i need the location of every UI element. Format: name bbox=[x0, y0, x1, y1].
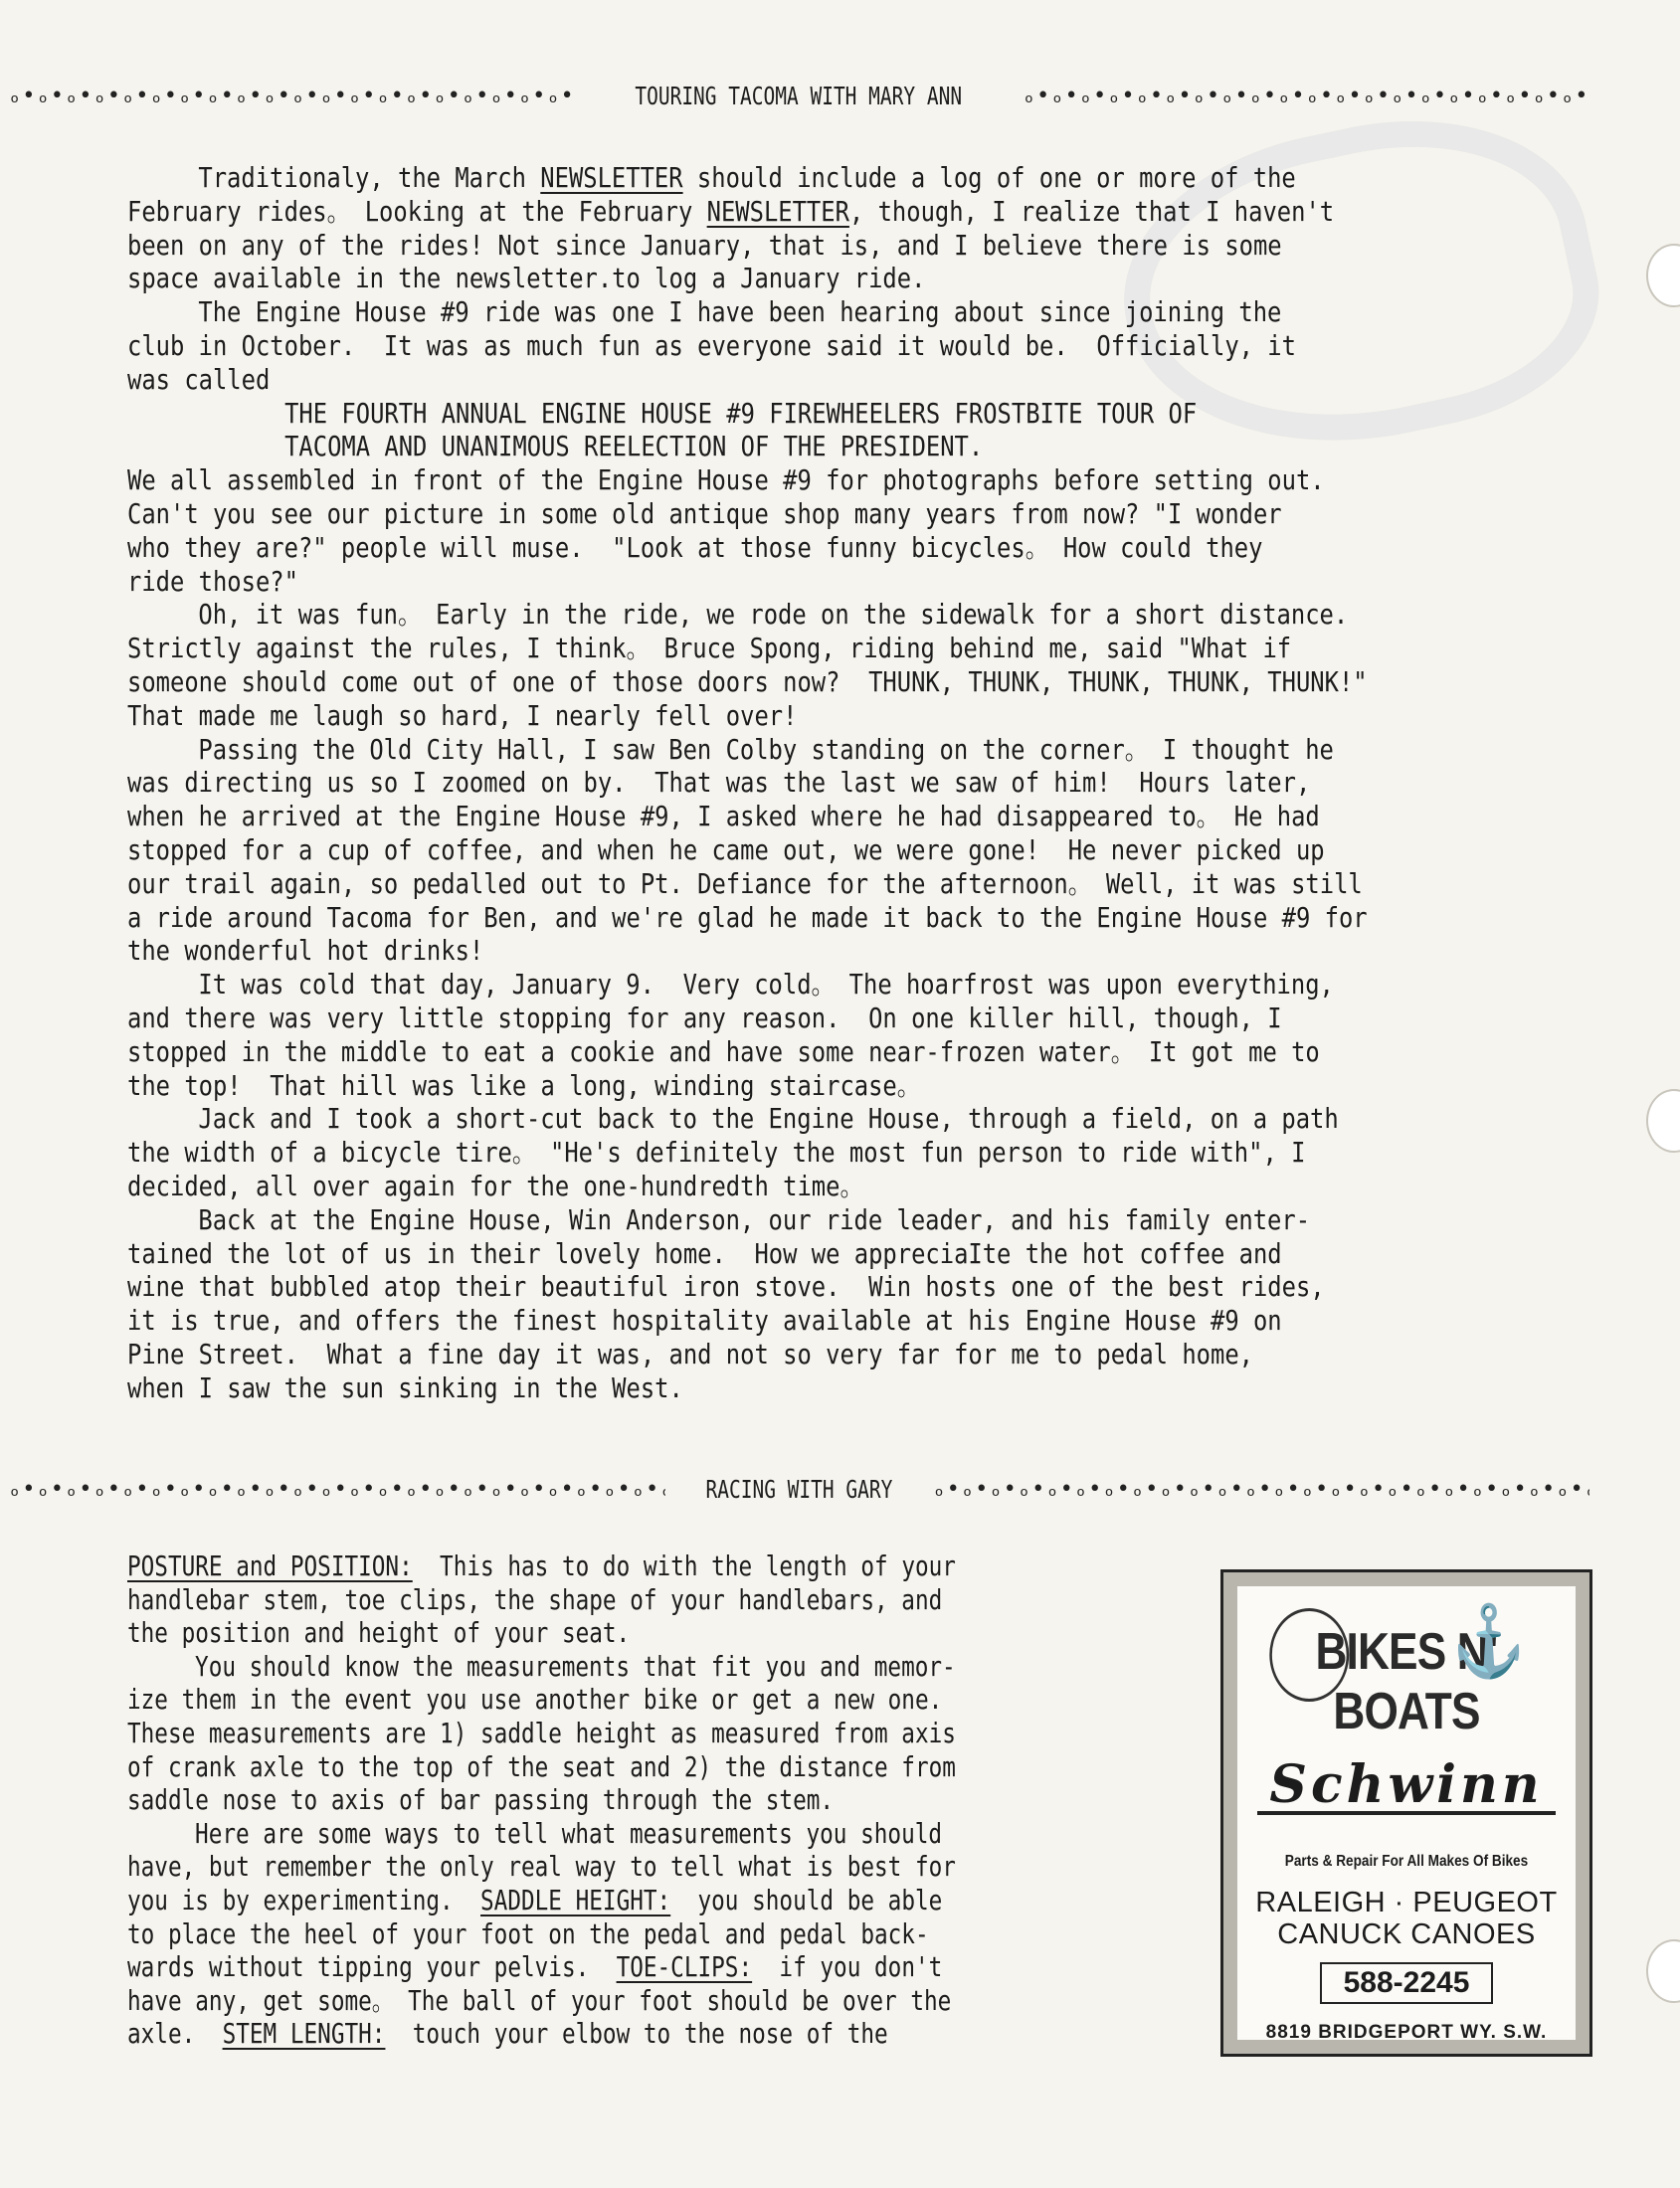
text-line: the position and height of your seat. bbox=[127, 1616, 1182, 1650]
paragraph: It was cold that day, January 9. Very co… bbox=[127, 968, 1599, 1102]
paragraph: Oh, it was fun。 Early in the ride, we ro… bbox=[127, 598, 1599, 732]
text-run: was directing us so I zoomed on by. That… bbox=[127, 766, 1310, 799]
text-run: who they are?" people will muse. "Look a… bbox=[127, 531, 1262, 564]
section-heading: TOURING TACOMA WITH MARY ANN bbox=[625, 82, 974, 110]
text-line: That made me laugh so hard, I nearly fel… bbox=[127, 699, 1599, 733]
ad-canoes-line: CANUCK CANOES bbox=[1223, 1918, 1589, 1950]
text-run: Here are some ways to tell what measurem… bbox=[195, 1817, 942, 1850]
text-line: Strictly against the rules, I think。 Bru… bbox=[127, 632, 1599, 665]
text-run: These measurements are 1) saddle height … bbox=[127, 1717, 956, 1749]
text-run: tained the lot of us in their lovely hom… bbox=[127, 1237, 1282, 1270]
text-line: Oh, it was fun。 Early in the ride, we ro… bbox=[127, 598, 1599, 632]
text-run: club in October. It was as much fun as e… bbox=[127, 329, 1296, 362]
text-run: the width of a bicycle tire。 "He's defin… bbox=[127, 1136, 1305, 1169]
punch-hole bbox=[1646, 244, 1680, 307]
text-run: the wonderful hot drinks! bbox=[127, 934, 483, 967]
text-run: wards without tipping your pelvis. bbox=[127, 1950, 617, 1983]
paragraph: We all assembled in front of the Engine … bbox=[127, 463, 1599, 598]
text-line: Can't you see our picture in some old an… bbox=[127, 497, 1599, 531]
text-line: You should know the measurements that fi… bbox=[127, 1650, 1182, 1684]
text-line: you is by experimenting. SADDLE HEIGHT: … bbox=[127, 1884, 1182, 1917]
text-line: February rides。 Looking at the February … bbox=[127, 195, 1599, 229]
advertisement-bikes-n-boats: BIKES N' BOATS ⚓ Schwinn Parts & Repair … bbox=[1220, 1569, 1592, 2057]
underlined-term: STEM LENGTH: bbox=[223, 2017, 386, 2050]
underlined-term: TOE-CLIPS: bbox=[617, 1950, 753, 1983]
text-run: you is by experimenting. bbox=[127, 1884, 480, 1916]
text-line: wards without tipping your pelvis. TOE-C… bbox=[127, 1950, 1182, 1984]
text-line: who they are?" people will muse. "Look a… bbox=[127, 531, 1599, 565]
text-line: stopped for a cup of coffee, and when he… bbox=[127, 833, 1599, 867]
text-run: stopped for a cup of coffee, and when he… bbox=[127, 833, 1325, 866]
ad-brand: Schwinn bbox=[1257, 1759, 1555, 1815]
racing-article: POSTURE and POSITION: This has to do wit… bbox=[127, 1550, 1182, 2051]
text-run: This has to do with the length of your bbox=[413, 1550, 956, 1582]
text-line: it is true, and offers the finest hospit… bbox=[127, 1304, 1599, 1338]
text-line: Here are some ways to tell what measurem… bbox=[127, 1817, 1182, 1851]
text-line: have any, get some。 The ball of your foo… bbox=[127, 1984, 1182, 2018]
text-line: POSTURE and POSITION: This has to do wit… bbox=[127, 1550, 1182, 1583]
text-run: a ride around Tacoma for Ben, and we're … bbox=[127, 901, 1368, 934]
text-line: saddle nose to axis of bar passing throu… bbox=[127, 1783, 1182, 1817]
text-line: been on any of the rides! Not since Janu… bbox=[127, 229, 1599, 263]
text-run: axle. bbox=[127, 2017, 223, 2050]
text-run: Pine Street. What a fine day it was, and… bbox=[127, 1338, 1253, 1370]
text-run: when I saw the sun sinking in the West. bbox=[127, 1371, 683, 1404]
underlined-term: NEWSLETTER bbox=[540, 161, 682, 194]
text-line: handlebar stem, toe clips, the shape of … bbox=[127, 1583, 1182, 1617]
text-run: ize them in the event you use another bi… bbox=[127, 1683, 942, 1716]
text-line: club in October. It was as much fun as e… bbox=[127, 329, 1599, 363]
paragraph: Traditionaly, the March NEWSLETTER shoul… bbox=[127, 161, 1599, 295]
text-run: have any, get some。 The ball of your foo… bbox=[127, 1984, 951, 2017]
anchor-icon: ⚓ bbox=[1452, 1606, 1525, 1676]
text-run: to place the heel of your foot on the pe… bbox=[127, 1917, 929, 1950]
paragraph: Back at the Engine House, Win Anderson, … bbox=[127, 1203, 1599, 1405]
text-line: We all assembled in front of the Engine … bbox=[127, 463, 1599, 497]
punch-hole bbox=[1646, 1089, 1680, 1153]
text-line: stopped in the middle to eat a cookie an… bbox=[127, 1035, 1599, 1069]
text-run: the top! That hill was like a long, wind… bbox=[127, 1069, 921, 1102]
text-run: decided, all over again for the one-hund… bbox=[127, 1170, 863, 1202]
text-line: These measurements are 1) saddle height … bbox=[127, 1717, 1182, 1750]
text-run: our trail again, so pedalled out to Pt. … bbox=[127, 867, 1363, 900]
text-run: Can't you see our picture in some old an… bbox=[127, 497, 1282, 530]
text-line: decided, all over again for the one-hund… bbox=[127, 1170, 1599, 1203]
dotted-rule bbox=[8, 84, 575, 108]
text-line: the top! That hill was like a long, wind… bbox=[127, 1069, 1599, 1103]
dotted-rule bbox=[932, 1477, 1589, 1502]
text-line: of crank axle to the top of the seat and… bbox=[127, 1750, 1182, 1784]
text-run: have, but remember the only real way to … bbox=[127, 1850, 956, 1883]
punch-hole bbox=[1646, 1939, 1680, 2003]
underlined-term: NEWSLETTER bbox=[707, 195, 849, 228]
paragraph: Passing the Old City Hall, I saw Ben Col… bbox=[127, 733, 1599, 969]
text-line: tained the lot of us in their lovely hom… bbox=[127, 1237, 1599, 1271]
text-line: THE FOURTH ANNUAL ENGINE HOUSE #9 FIREWH… bbox=[127, 397, 1599, 431]
text-run: We all assembled in front of the Engine … bbox=[127, 463, 1325, 496]
text-line: the wonderful hot drinks! bbox=[127, 934, 1599, 968]
text-run: you should be able bbox=[670, 1884, 942, 1916]
paragraph: POSTURE and POSITION: This has to do wit… bbox=[127, 1550, 1182, 1650]
text-line: our trail again, so pedalled out to Pt. … bbox=[127, 867, 1599, 901]
text-run: it is true, and offers the finest hospit… bbox=[127, 1304, 1282, 1337]
text-line: The Engine House #9 ride was one I have … bbox=[127, 295, 1599, 329]
text-run: Strictly against the rules, I think。 Bru… bbox=[127, 632, 1291, 664]
text-run: handlebar stem, toe clips, the shape of … bbox=[127, 1583, 942, 1616]
text-run: stopped in the middle to eat a cookie an… bbox=[127, 1035, 1320, 1068]
section-divider-racing: RACING WITH GARY bbox=[8, 1475, 1589, 1504]
text-line: someone should come out of one of those … bbox=[127, 665, 1599, 699]
text-run: Passing the Old City Hall, I saw Ben Col… bbox=[198, 733, 1333, 766]
underlined-term: SADDLE HEIGHT: bbox=[480, 1884, 670, 1916]
text-line: Back at the Engine House, Win Anderson, … bbox=[127, 1203, 1599, 1237]
ad-tagline: Parts & Repair For All Makes Of Bikes bbox=[1251, 1853, 1563, 1871]
bicycle-wheel-icon bbox=[1269, 1608, 1349, 1702]
text-run: February rides。 Looking at the February bbox=[127, 195, 707, 228]
text-line: when he arrived at the Engine House #9, … bbox=[127, 800, 1599, 833]
text-run: of crank axle to the top of the seat and… bbox=[127, 1750, 956, 1783]
text-run: Back at the Engine House, Win Anderson, … bbox=[198, 1203, 1310, 1236]
text-line: Traditionaly, the March NEWSLETTER shoul… bbox=[127, 161, 1599, 195]
newsletter-page: TOURING TACOMA WITH MARY ANN Traditional… bbox=[0, 0, 1680, 2188]
text-line: was directing us so I zoomed on by. That… bbox=[127, 766, 1599, 800]
paragraph: Jack and I took a short-cut back to the … bbox=[127, 1102, 1599, 1202]
text-line: and there was very little stopping for a… bbox=[127, 1002, 1599, 1035]
text-line: axle. STEM LENGTH: touch your elbow to t… bbox=[127, 2017, 1182, 2051]
paragraph: You should know the measurements that fi… bbox=[127, 1650, 1182, 1817]
text-line: Pine Street. What a fine day it was, and… bbox=[127, 1338, 1599, 1371]
text-line: the width of a bicycle tire。 "He's defin… bbox=[127, 1136, 1599, 1170]
text-line: ize them in the event you use another bi… bbox=[127, 1683, 1182, 1717]
text-run: It was cold that day, January 9. Very co… bbox=[198, 968, 1333, 1001]
text-run: Jack and I took a short-cut back to the … bbox=[198, 1102, 1338, 1135]
text-run: and there was very little stopping for a… bbox=[127, 1002, 1282, 1034]
text-line: wine that bubbled atop their beautiful i… bbox=[127, 1270, 1599, 1304]
ad-phone: 588-2245 bbox=[1320, 1962, 1494, 2004]
ad-logo: BIKES N' BOATS ⚓ bbox=[1251, 1622, 1563, 1741]
text-line: TACOMA AND UNANIMOUS REELECTION OF THE P… bbox=[127, 430, 1599, 463]
underlined-term: POSTURE and POSITION: bbox=[127, 1550, 413, 1582]
text-run: wine that bubbled atop their beautiful i… bbox=[127, 1270, 1325, 1303]
paragraph: THE FOURTH ANNUAL ENGINE HOUSE #9 FIREWH… bbox=[127, 397, 1599, 464]
text-run: should include a log of one or more of t… bbox=[683, 161, 1296, 194]
text-run: ride those?" bbox=[127, 565, 298, 598]
dotted-rule bbox=[1023, 84, 1589, 108]
text-run: , though, I realize that I haven't bbox=[849, 195, 1334, 228]
section-divider-touring: TOURING TACOMA WITH MARY ANN bbox=[8, 82, 1589, 110]
text-line: when I saw the sun sinking in the West. bbox=[127, 1371, 1599, 1405]
ad-brands-line: RALEIGH · PEUGEOT bbox=[1223, 1887, 1589, 1918]
text-run: TACOMA AND UNANIMOUS REELECTION OF THE P… bbox=[284, 430, 983, 462]
text-line: was called bbox=[127, 363, 1599, 397]
text-line: Jack and I took a short-cut back to the … bbox=[127, 1102, 1599, 1136]
text-run: You should know the measurements that fi… bbox=[195, 1650, 956, 1683]
text-line: ride those?" bbox=[127, 565, 1599, 599]
text-line: to place the heel of your foot on the pe… bbox=[127, 1917, 1182, 1951]
text-run: touch your elbow to the nose of the bbox=[385, 2017, 887, 2050]
text-run: the position and height of your seat. bbox=[127, 1616, 630, 1649]
text-run: been on any of the rides! Not since Janu… bbox=[127, 229, 1282, 262]
text-run: space available in the newsletter.to log… bbox=[127, 262, 925, 294]
text-line: have, but remember the only real way to … bbox=[127, 1850, 1182, 1884]
text-run: when he arrived at the Engine House #9, … bbox=[127, 800, 1320, 832]
text-run: Oh, it was fun。 Early in the ride, we ro… bbox=[198, 598, 1348, 631]
text-run: THE FOURTH ANNUAL ENGINE HOUSE #9 FIREWH… bbox=[284, 397, 1197, 430]
touring-article: Traditionaly, the March NEWSLETTER shoul… bbox=[127, 161, 1599, 1404]
paragraph: The Engine House #9 ride was one I have … bbox=[127, 295, 1599, 396]
text-line: a ride around Tacoma for Ben, and we're … bbox=[127, 901, 1599, 935]
ad-address: 8819 BRIDGEPORT WY. S.W. bbox=[1223, 2022, 1589, 2044]
dotted-rule bbox=[8, 1477, 665, 1502]
text-run: Traditionaly, the March bbox=[198, 161, 540, 194]
section-heading: RACING WITH GARY bbox=[694, 1475, 903, 1504]
text-run: That made me laugh so hard, I nearly fel… bbox=[127, 699, 797, 732]
text-run: someone should come out of one of those … bbox=[127, 665, 1368, 698]
text-run: if you don't bbox=[752, 1950, 942, 1983]
text-run: The Engine House #9 ride was one I have … bbox=[198, 295, 1281, 328]
text-run: was called bbox=[127, 363, 270, 396]
text-line: Passing the Old City Hall, I saw Ben Col… bbox=[127, 733, 1599, 767]
text-line: It was cold that day, January 9. Very co… bbox=[127, 968, 1599, 1002]
text-line: space available in the newsletter.to log… bbox=[127, 262, 1599, 295]
paragraph: Here are some ways to tell what measurem… bbox=[127, 1817, 1182, 2051]
text-run: saddle nose to axis of bar passing throu… bbox=[127, 1783, 834, 1816]
